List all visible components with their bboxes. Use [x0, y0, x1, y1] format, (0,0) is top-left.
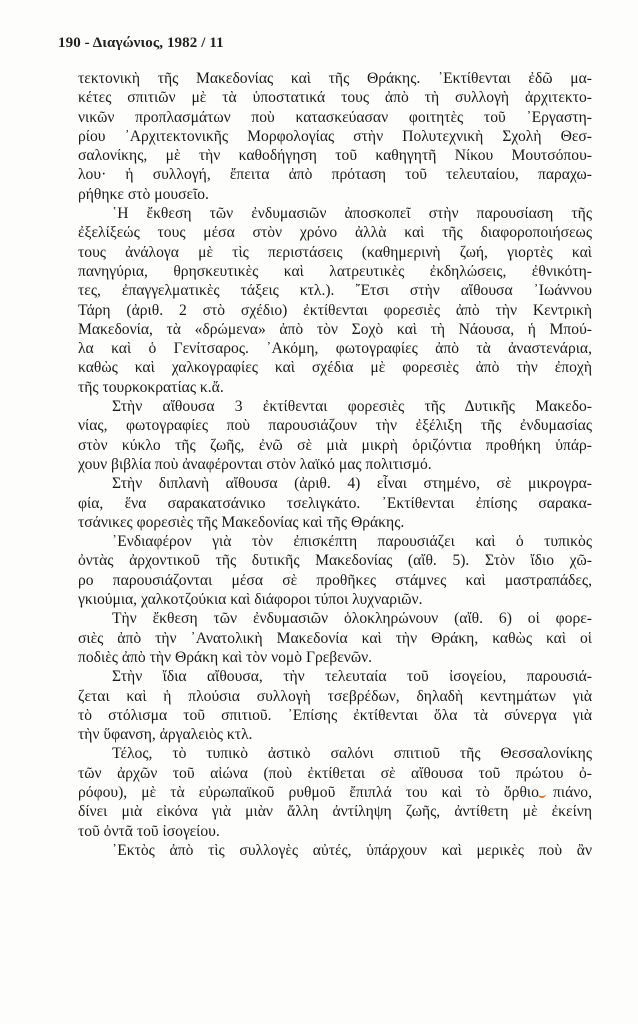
- text-line: τεκτονικὴ τῆς Μακεδονίας καὶ τῆς Θράκης.…: [78, 69, 592, 88]
- text-line: ποδιὲς ἀπὸ τὴν Θράκη καὶ τὸν νομὸ Γρεβεν…: [78, 648, 592, 667]
- text-line: γκιούμια, χαλκοτζούκια καὶ διάφοροι τύπο…: [78, 590, 592, 609]
- text-line: σαλονίκης, μὲ τὴν καθοδήγηση τοῦ καθηγητ…: [78, 146, 592, 165]
- text-line: ρο παρουσιάζονται μέσα σὲ προθῆκες στάμν…: [78, 571, 592, 590]
- text-line: καθὼς καὶ χαλκογραφίες καὶ σχέδια μὲ φορ…: [78, 358, 592, 377]
- text-line: τῆς τουρκοκρατίας κ.ἄ.: [78, 378, 592, 397]
- text-line: ἐξελίξεώς τους μέσα στὸν χρόνο ἀλλὰ καὶ …: [78, 223, 592, 242]
- text-line: τῶν ἀρχῶν τοῦ αἰώνα (ποὺ ἐκτίθεται σὲ αἴ…: [78, 764, 592, 783]
- text-line: ρήθηκε στὸ μουσεῖο.: [78, 185, 592, 204]
- text-line: Στὴν διπλανὴ αἴθουσα (ἀριθ. 4) εἶναι στη…: [78, 474, 592, 493]
- text-line: Τέλος, τὸ τυπικὸ ἀστικὸ σαλόνι σπιτιοῦ τ…: [78, 744, 592, 763]
- text-line: Τάρη (ἀριθ. 2 στὸ σχέδιο) ἐκτίθενται φορ…: [78, 301, 592, 320]
- text-line: τὴν ὕφανση, ἀργαλειὸς κτλ.: [78, 725, 592, 744]
- text-line: νικῶν προπλασμάτων ποὺ κατασκεύασαν φοιτ…: [78, 108, 592, 127]
- text-line: τες, ἐπαγγελματικὲς τάξεις κτλ.). ῎Ετσι …: [78, 281, 592, 300]
- text-line: φία, ἕνα σαρακατσάνικο τσελιγκάτο. ᾿Εκτί…: [78, 494, 592, 513]
- text-line: δίνει μιὰ εἰκόνα γιὰ μιὰν ἄλλη ἀντίληψη …: [78, 802, 592, 821]
- document-page: 190 - Διαγώνιος, 1982 / 11 τεκτονικὴ τῆς…: [0, 0, 638, 1024]
- text-line: ῾Η ἔκθεση τῶν ἐνδυμασιῶν ἀποσκοπεῖ στὴν …: [78, 204, 592, 223]
- text-line: σιὲς ἀπὸ τὴν ᾿Ανατολικὴ Μακεδονία καὶ τὴ…: [78, 629, 592, 648]
- text-line: λα καὶ ὁ Γενίτσαρος. ᾿Ακόμη, φωτογραφίες…: [78, 339, 592, 358]
- text-line: τους ἀνάλογα μὲ τὶς περιστάσεις (καθημερ…: [78, 243, 592, 262]
- running-head: 190 - Διαγώνιος, 1982 / 11: [58, 35, 224, 52]
- text-line: Στὴν ἴδια αἴθουσα, τὴν τελευταία τοῦ ἰσο…: [78, 667, 592, 686]
- text-line: ζεται καὶ ἡ πλούσια συλλογὴ τσεβρέδων, δ…: [78, 687, 592, 706]
- text-line: χουν βιβλία ποὺ ἀναφέρονται στὸν λαϊκό μ…: [78, 455, 592, 474]
- text-line: στὸν κύκλο τῆς ζωῆς, ἐνῶ σὲ μιὰ μικρὴ ὁρ…: [78, 436, 592, 455]
- text-line: τοῦ ὀντᾶ τοῦ ἰσογείου.: [78, 822, 592, 841]
- text-line: ρίου ᾿Αρχιτεκτονικῆς Μορφολογίας στὴν Πο…: [78, 127, 592, 146]
- text-line: λου· ἡ συλλογή, ἔπειτα ἀπὸ πρόταση τοῦ τ…: [78, 165, 592, 184]
- text-line: τὸ στόλισμα τοῦ σπιτιοῦ. ᾿Επίσης ἐκτίθεν…: [78, 706, 592, 725]
- text-line: ὀντὰς ἀρχοντικοῦ τῆς δυτικῆς Μακεδονίας …: [78, 551, 592, 570]
- text-line: πανηγύρια, θρησκευτικὲς καὶ λατρευτικὲς …: [78, 262, 592, 281]
- text-line: τσάνικες φορεσιὲς τῆς Μακεδονίας καὶ τῆς…: [78, 513, 592, 532]
- text-line: νίας, φωτογραφίες ποὺ παρουσιάζουν τὴν ἐ…: [78, 416, 592, 435]
- text-line: ᾿Ενδιαφέρον γιὰ τὸν ἐπισκέπτη παρουσιάζε…: [78, 532, 592, 551]
- text-line: ᾿Εκτὸς ἀπὸ τὶς συλλογὲς αὐτές, ὑπάρχουν …: [78, 841, 592, 860]
- text-line: Στὴν αἴθουσα 3 ἐκτίθενται φορεσιὲς τῆς Δ…: [78, 397, 592, 416]
- text-line: Μακεδονία, τὰ «δρώμενα» ἀπὸ τὸν Σοχὸ καὶ…: [78, 320, 592, 339]
- text-line: Τὴν ἔκθεση τῶν ἐνδυμασιῶν ὁλοκληρώνουν (…: [78, 609, 592, 628]
- body-text: τεκτονικὴ τῆς Μακεδονίας καὶ τῆς Θράκης.…: [78, 69, 592, 860]
- text-line: ρόφου), μὲ τὰ εὐρωπαϊκοῦ ρυθμοῦ ἔπιπλά τ…: [78, 783, 592, 802]
- text-line: κέτες σπιτιῶν μὲ τὰ ὑποστατικά τους ἀπὸ …: [78, 88, 592, 107]
